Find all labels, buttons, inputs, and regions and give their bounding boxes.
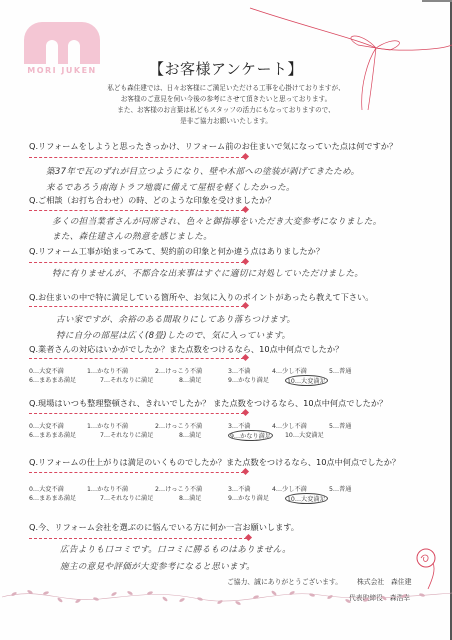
scale-option-3: 3…不満 <box>228 366 251 375</box>
answer-4-line-1: 古い家ですが、余裕のある間取りにしてあり落ちつけます。 <box>56 313 295 325</box>
scale-option-2: 2…けっこう不満 <box>155 421 202 430</box>
scale-option-5: 5…普通 <box>329 421 352 430</box>
intro-line: 是非ご協力お願いいたします。 <box>0 116 452 127</box>
scale-option-8: 8…満足 <box>179 493 202 502</box>
intro-line: また、お客様のお言葉は私どもスタッフの活力にもなっておりますので、 <box>0 105 452 116</box>
scale-option-10: 10…大変満足 <box>285 430 324 439</box>
question-underline <box>29 157 244 158</box>
question-5: Q.業者さんの対応はいかがでしたか？また点数をつけるなら、10点中何点でしたか？ <box>29 344 343 355</box>
page-title: 【お客様アンケート】 <box>0 58 452 79</box>
scale-option-9: 9…かなり満足 <box>228 493 269 502</box>
question-underline <box>29 358 244 359</box>
answer-3-line-1: 特に有りませんが、不都合な出来事はすぐに適切に対処していただけました。 <box>52 267 363 279</box>
scale-option-0: 0…大変不満 <box>29 421 64 430</box>
scale-option-7: 7…それなりに満足 <box>100 493 153 502</box>
question-underline <box>29 472 244 473</box>
rating-scale-3: 0…大変不満 1…かなり不満 2…けっこう不満 3…不満 4…少し不満 5…普通… <box>29 484 349 502</box>
question-underline <box>29 538 247 539</box>
scale-option-3: 3…不満 <box>228 484 251 493</box>
scale-option-1: 1…かなり不満 <box>87 421 128 430</box>
answer-2-line-1: 多くの担当業者さんが同席され、色々と御指導をいただき大変参考になりました。 <box>52 215 382 227</box>
scale-option-1: 1…かなり不満 <box>87 366 128 375</box>
scale-option-10-selected: 10…大変満足 <box>285 493 328 504</box>
question-underline <box>29 262 244 263</box>
intro-line: 私ども森住建では、日々お客様にご満足いただける工事を心掛けておりますが、 <box>0 83 452 94</box>
intro-line: お客様のご意見を伺い今後の参考にさせて頂きたいと思っております。 <box>0 94 452 105</box>
question-6: Q.現場はいつも整理整頓され、きれいでしたか？ また点数をつけるなら、10点中何… <box>29 398 387 409</box>
scale-option-3: 3…不満 <box>228 421 251 430</box>
question-underline <box>29 210 244 211</box>
scale-option-8: 8…満足 <box>179 375 202 384</box>
answer-8-line-2: 施主の意見や評価が大変参考になると思います。 <box>60 560 255 572</box>
answer-4-line-2: 特に自分の部屋は広く(8畳)したので、気に入っています。 <box>56 329 291 341</box>
scale-option-7: 7…それなりに満足 <box>100 430 153 439</box>
scale-option-9: 9…かなり満足 <box>228 375 269 384</box>
scale-option-10-selected: 10…大変満足 <box>285 375 328 386</box>
scale-option-4: 4…少し不満 <box>272 421 307 430</box>
answer-1-line-2: 来るであろう南海トラフ地震に備えて屋根を軽くしたかった。 <box>46 181 295 193</box>
scale-option-8: 8…満足 <box>179 430 202 439</box>
question-7: Q.リフォームの仕上がりは満足のいくものでしたか？また点数をつけるなら、10点中… <box>29 457 400 468</box>
scale-option-7: 7…それなりに満足 <box>100 375 153 384</box>
question-2: Q.ご相談（お打ち合わせ）の時、どのような印象を受けましたか？ <box>29 195 276 206</box>
rating-scale-1: 0…大変不満 1…かなり不満 2…けっこう不満 3…不満 4…少し不満 5…普通… <box>29 366 349 384</box>
question-1: Q.リフォームをしようと思ったきっかけ、リフォーム前のお住まいで気になっていた点… <box>29 141 397 152</box>
scale-option-5: 5…普通 <box>329 366 352 375</box>
scale-option-2: 2…けっこう不満 <box>155 366 202 375</box>
question-4: Q.お住まいの中で特に満足している箇所や、お気に入りのポイントがあったら教えて下… <box>29 292 374 303</box>
question-underline <box>29 413 244 414</box>
rating-scale-2: 0…大変不満 1…かなり不満 2…けっこう不満 3…不満 4…少し不満 5…普通… <box>29 421 349 439</box>
scale-option-6: 6…まあまあ満足 <box>29 493 76 502</box>
scale-option-9-selected: 9…かなり満足 <box>228 430 273 441</box>
scale-option-1: 1…かなり不満 <box>87 484 128 493</box>
scale-option-0: 0…大変不満 <box>29 366 64 375</box>
answer-8-line-1: 広告よりも口コミです。口コミに勝るものはありません。 <box>60 543 291 555</box>
seal-stamp-icon <box>414 545 440 589</box>
question-8: Q.今、リフォーム会社を選ぶのに悩んでいる方に何か一言お願いします。 <box>29 522 299 533</box>
scale-option-5: 5…普通 <box>329 484 352 493</box>
scale-option-6: 6…まあまあ満足 <box>29 375 76 384</box>
answer-2-line-2: また、森住建さんの熱意を感じました。 <box>52 230 212 242</box>
question-3: Q.リフォーム工事が始まってみて、契約前の印象と何か違う点はありましたか？ <box>29 246 324 257</box>
survey-page: MORI JUKEN 【お客様アンケート】 私ども森住建では、日々お客様にご満足… <box>0 0 452 640</box>
answer-1-line-1: 築37年で瓦のずれが目立つようになり、壁や木部への塗装が剥げてきたため。 <box>46 165 360 177</box>
scale-option-0: 0…大変不満 <box>29 484 64 493</box>
vine-decoration-icon <box>0 585 452 615</box>
intro-text: 私ども森住建では、日々お客様にご満足いただける工事を心掛けておりますが、 お客様… <box>0 83 452 127</box>
question-underline <box>29 306 244 307</box>
scale-option-6: 6…まあまあ満足 <box>29 430 76 439</box>
scale-option-2: 2…けっこう不満 <box>155 484 202 493</box>
scale-option-4: 4…少し不満 <box>272 484 307 493</box>
scale-option-4: 4…少し不満 <box>272 366 307 375</box>
